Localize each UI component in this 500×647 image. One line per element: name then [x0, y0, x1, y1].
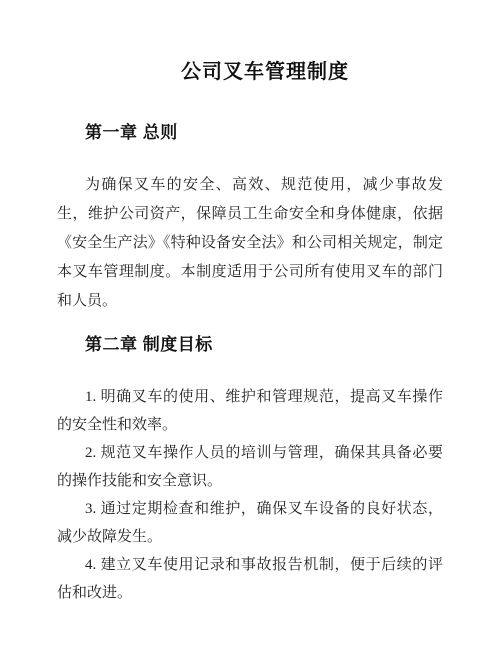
- chapter-1-heading: 第一章 总则: [57, 122, 443, 143]
- goal-item-2: 2. 规范叉车操作人员的培训与管理，确保其具备必要的操作技能和安全意识。: [57, 439, 443, 495]
- document-page: 公司叉车管理制度 第一章 总则 为确保叉车的安全、高效、规范使用，减少事故发生，…: [0, 0, 500, 647]
- document-title: 公司叉车管理制度: [57, 60, 443, 84]
- goal-item-1: 1. 明确叉车的使用、维护和管理规范，提高叉车操作的安全性和效率。: [57, 383, 443, 439]
- goal-list: 1. 明确叉车的使用、维护和管理规范，提高叉车操作的安全性和效率。 2. 规范叉…: [57, 383, 443, 607]
- chapter-2-heading: 第二章 制度目标: [57, 334, 443, 355]
- goal-item-4: 4. 建立叉车使用记录和事故报告机制，便于后续的评估和改进。: [57, 551, 443, 607]
- chapter-1-paragraph: 为确保叉车的安全、高效、规范使用，减少事故发生，维护公司资产，保障员工生命安全和…: [57, 171, 443, 316]
- goal-item-3: 3. 通过定期检查和维护，确保叉车设备的良好状态，减少故障发生。: [57, 495, 443, 551]
